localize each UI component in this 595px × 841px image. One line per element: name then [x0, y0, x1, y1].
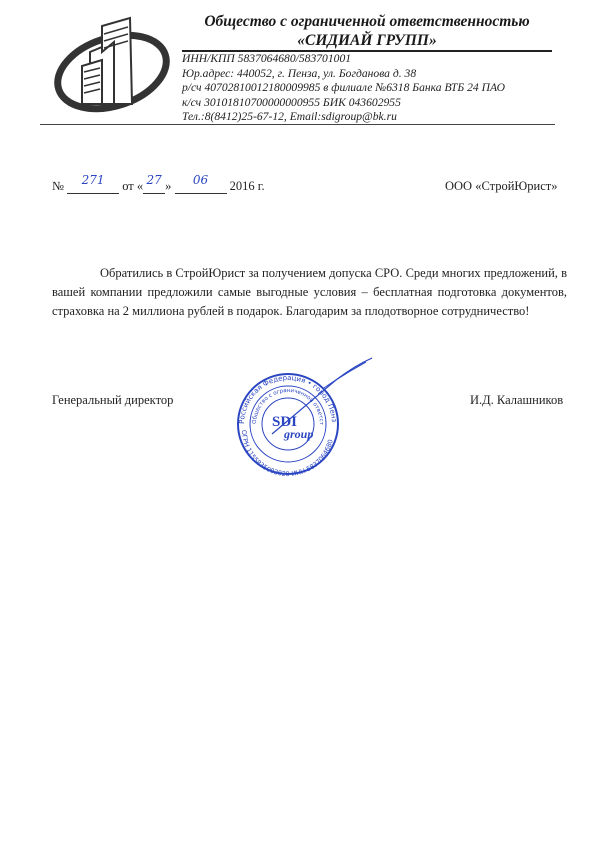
stamp-seal-icon: SDI group Российская Федерация • город П…	[226, 352, 376, 477]
company-requisites: ИНН/КПП 5837064680/583701001 Юр.адрес: 4…	[182, 52, 552, 125]
bank-account: р/сч 40702810012180009985 в филиале №631…	[182, 81, 552, 96]
building-logo-icon	[52, 14, 172, 114]
number-handwritten: 271	[67, 173, 119, 187]
svg-text:group: group	[283, 427, 313, 441]
from-label: от «	[122, 179, 143, 194]
letter-body: Обратились в СтройЮрист за получением до…	[52, 264, 567, 321]
number-label: №	[52, 179, 64, 194]
year-text: 2016 г.	[230, 179, 265, 194]
day-field: 27	[143, 179, 165, 194]
month-handwritten: 06	[175, 173, 227, 187]
body-paragraph: Обратились в СтройЮрист за получением до…	[52, 264, 567, 321]
company-title: «СИДИАЙ ГРУПП»	[182, 31, 552, 50]
inn-kpp: ИНН/КПП 5837064680/583701001	[182, 52, 552, 67]
contacts: Тел.:8(8412)25-67-12, Email:sdigroup@bk.…	[182, 110, 552, 125]
signatory-position: Генеральный директор	[52, 393, 173, 408]
day-close: »	[165, 179, 171, 194]
recipient: ООО «СтройЮрист»	[445, 179, 557, 194]
signatory-name: И.Д. Калашников	[470, 393, 563, 408]
reference-line: № 271 от «27» 06 2016 г.	[52, 179, 265, 194]
company-legal-form: Общество с ограниченной ответственностью	[182, 12, 552, 31]
header-divider-thin	[40, 124, 555, 125]
day-handwritten: 27	[143, 173, 165, 187]
month-field: 06	[175, 179, 227, 194]
company-name: Общество с ограниченной ответственностью…	[182, 12, 552, 50]
legal-address: Юр.адрес: 440052, г. Пенза, ул. Богданов…	[182, 67, 552, 82]
company-logo	[52, 14, 172, 114]
company-stamp: SDI group Российская Федерация • город П…	[226, 352, 376, 477]
correspondent-account: к/сч 30101810700000000955 БИК 043602955	[182, 96, 552, 111]
number-field: 271	[67, 179, 119, 194]
